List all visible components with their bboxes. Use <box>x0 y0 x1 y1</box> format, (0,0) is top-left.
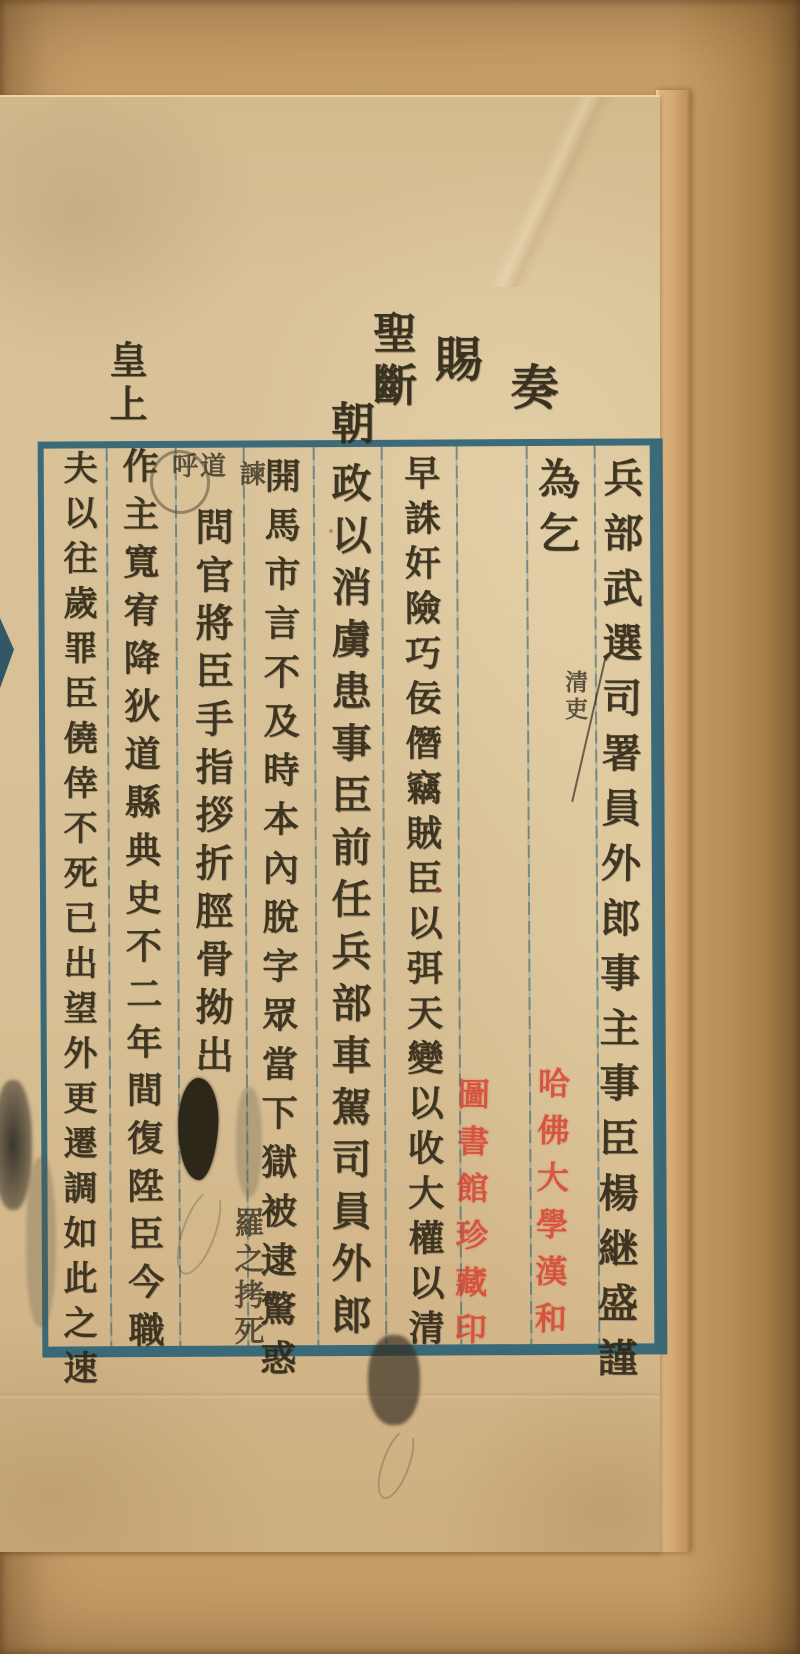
red-stain-dot <box>435 887 441 893</box>
library-collection-seal: 哈佛大學漢和 圖書館珍藏印 <box>448 1061 575 1398</box>
seal-left-column: 圖書館珍藏印 <box>452 1077 488 1359</box>
raised-char-shengduan: 聖斷 <box>368 310 412 414</box>
text-column-8: 作主寬宥降狄道縣典史不二年間復陞臣今職 <box>119 447 161 1359</box>
faint-interlinear-note: 羅之拷死 <box>230 1207 262 1351</box>
column-rule-1 <box>106 448 113 1346</box>
insertion-note: 清吏 <box>562 670 586 724</box>
text-column-1: 兵部武選司署員外郎事主事臣楊継盛謹 <box>594 457 641 1392</box>
overwrite-loop-mark <box>370 1424 422 1503</box>
text-column-5: 政以消虜患事臣前任兵部車駕司員外郎 <box>328 462 368 1346</box>
manuscript-page: 賜 奏 聖斷 朝 皇上 兵部武選司署員外郎事主事臣楊継盛謹 為乞 早誅奸險巧佞僭… <box>0 95 660 1552</box>
blue-corner-wedge <box>0 618 14 688</box>
overwritten-characters-smudge <box>368 1335 420 1425</box>
small-stain-dot <box>329 529 333 533</box>
manuscript-photo: 賜 奏 聖斷 朝 皇上 兵部武選司署員外郎事主事臣楊継盛謹 為乞 早誅奸險巧佞僭… <box>0 0 800 1654</box>
raised-char-zou: 奏 <box>506 362 554 410</box>
raised-char-chao: 朝 <box>326 400 370 444</box>
column-rule-4 <box>313 447 320 1345</box>
column-rule-2 <box>175 448 182 1346</box>
seal-right-column: 哈佛大學漢和 <box>532 1066 568 1348</box>
raised-char-ci: 賜 <box>430 334 478 382</box>
faint-side-note: 諫 <box>236 460 263 486</box>
text-column-7: 問官將臣手指拶折脛骨拗出 <box>192 507 230 1083</box>
paper-crease-diagonal <box>430 97 660 287</box>
faint-ink-smudge <box>236 1087 262 1197</box>
text-column-9: 夫以往歲罪臣僥倖不死已出望外更遷調如此之速 <box>60 450 94 1395</box>
grey-ink-smear <box>26 1157 56 1327</box>
dark-ink-smear <box>0 1080 32 1210</box>
text-column-4: 早誅奸險巧佞僭竊賊臣以弭天變以收大權以清 <box>401 454 442 1354</box>
text-column-2: 為乞 <box>535 457 577 565</box>
raised-char-huangshang: 皇上 <box>106 340 144 428</box>
column-rule-5 <box>381 447 388 1345</box>
